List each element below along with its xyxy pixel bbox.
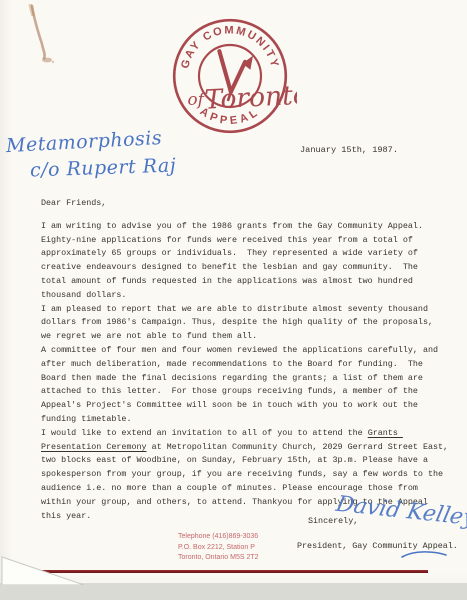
scanned-letter-page: GAY COMMUNITY APPEAL of Toronto Metamorp… <box>0 0 467 600</box>
body-line: Eighty-nine applications for funds were … <box>41 234 456 248</box>
folded-corner <box>0 545 92 585</box>
footer-city: Toronto, Ontario M5S 2T2 <box>178 553 298 564</box>
body-line: funding timetable. <box>41 413 456 427</box>
body-line: I am pleased to report that we are able … <box>41 303 456 317</box>
seal-arc-top-text: GAY COMMUNITY <box>179 24 281 69</box>
body-line: I would like to extend an invitation to … <box>41 427 456 441</box>
svg-text:Toronto: Toronto <box>204 79 297 115</box>
body-line: attached to this letter. For those group… <box>41 385 456 399</box>
letterhead-footer: Telephone (416)869-3036 P.O. Box 2212, S… <box>178 532 298 564</box>
body-line: I am writing to advise you of the 1986 g… <box>41 220 456 234</box>
letter-body: Dear Friends,I am writing to advise you … <box>41 197 456 523</box>
handwritten-recipient-line1: Metamorphosis <box>6 127 163 157</box>
body-line: after much deliberation, made recommenda… <box>41 358 456 372</box>
footer-telephone: Telephone (416)869-3036 <box>178 532 298 543</box>
ink-stain-mark <box>22 4 66 70</box>
body-line: audience i.e. no more than a couple of m… <box>41 482 456 496</box>
body-line: Presentation Ceremony at Metropolitan Co… <box>41 441 456 455</box>
scan-background-strip <box>0 583 467 600</box>
body-line: dollars from 1986's Campaign. Thus, desp… <box>41 316 456 330</box>
body-line: total amount of funds requested in the a… <box>41 275 456 289</box>
body-line: creative endeavours designed to benefit … <box>41 261 456 275</box>
body-line: Board then made the final decisions rega… <box>41 372 456 386</box>
body-line: we regret we are not able to fund them a… <box>41 330 456 344</box>
body-line: Dear Friends, <box>41 197 456 211</box>
body-line: spokesperson from your group, if you are… <box>41 468 456 482</box>
body-line: approximately 65 groups or individuals. … <box>41 247 456 261</box>
letter-date: January 15th, 1987. <box>300 145 398 155</box>
body-line: A committee of four men and four women r… <box>41 344 456 358</box>
gay-community-appeal-seal: GAY COMMUNITY APPEAL of Toronto <box>163 14 297 138</box>
handwritten-recipient-line2: c/o Rupert Raj <box>30 154 177 181</box>
footer-pobox: P.O. Box 2212, Station P <box>178 543 298 554</box>
body-line: thousand dollars. <box>41 289 456 303</box>
body-line: Appeal's Project's Committee will soon b… <box>41 399 456 413</box>
body-line <box>41 211 456 220</box>
footer-rule <box>38 570 428 573</box>
body-line: two blocks east of Woodbine, on Sunday, … <box>41 454 456 468</box>
closing-title-line: President, Gay Community Appeal. <box>297 541 458 551</box>
